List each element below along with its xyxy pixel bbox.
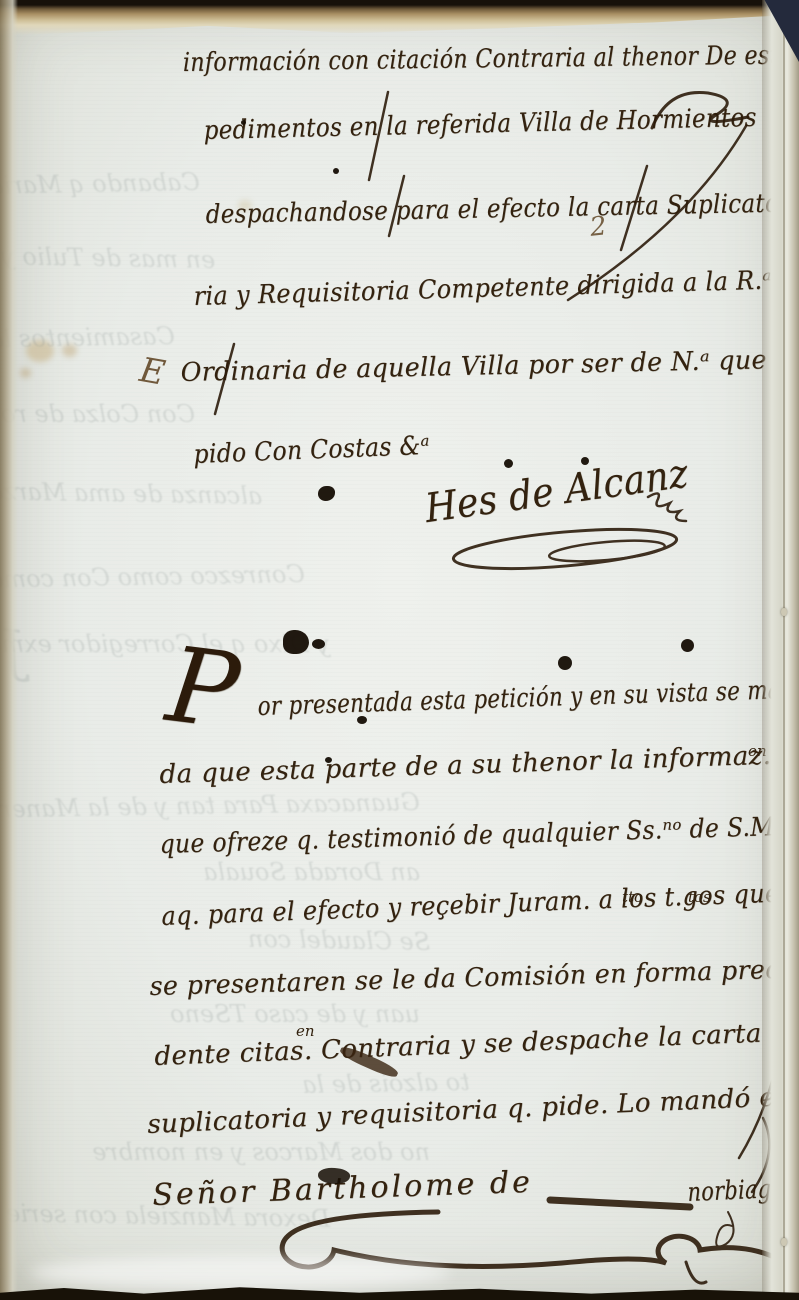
ink-blot: [504, 459, 513, 468]
superscript-abbrev: tos: [688, 888, 711, 906]
ghost-line: Se Claudel con: [248, 925, 431, 956]
ink-blot: [581, 457, 589, 465]
ghost-line: en mas de Tulio y Mana de mil: [0, 239, 215, 274]
ink-blot: [312, 639, 325, 649]
ink-blot: [241, 120, 246, 125]
ink-blot: [325, 757, 332, 763]
ink-blot: [357, 716, 367, 724]
ghost-line: y Dixo q el Corregidor exmo: [0, 630, 330, 658]
paper-fold-highlight: [30, 1256, 450, 1290]
ghost-line: no dos Marcos y en nombre: [92, 1138, 430, 1166]
ink-blot: [558, 656, 572, 670]
binding-edge-left: [0, 0, 18, 1300]
ghost-line: alcanza de ama Marzana: [0, 477, 262, 510]
superscript-abbrev: en: [296, 1022, 315, 1040]
page-seam: [783, 0, 785, 1300]
superscript-abbrev: tto: [622, 888, 643, 906]
margin-mark: 2: [588, 211, 608, 243]
stitch-knot: [781, 1238, 787, 1246]
ink-blot: [333, 168, 339, 174]
ink-blot: [681, 639, 694, 652]
fore-edge-right: [762, 0, 799, 1300]
ghost-line: an Dorada Souala: [203, 858, 420, 886]
paper-stain: [20, 368, 31, 378]
manuscript-scan: Cabando q Maria Reina de Cuatro las en m…: [0, 0, 799, 1300]
stitch-knot: [781, 608, 787, 616]
decree-initial: P: [162, 632, 244, 744]
ghost-line: Con Colza de romero Con Cuen: [0, 400, 195, 428]
ink-blot: [283, 630, 309, 654]
